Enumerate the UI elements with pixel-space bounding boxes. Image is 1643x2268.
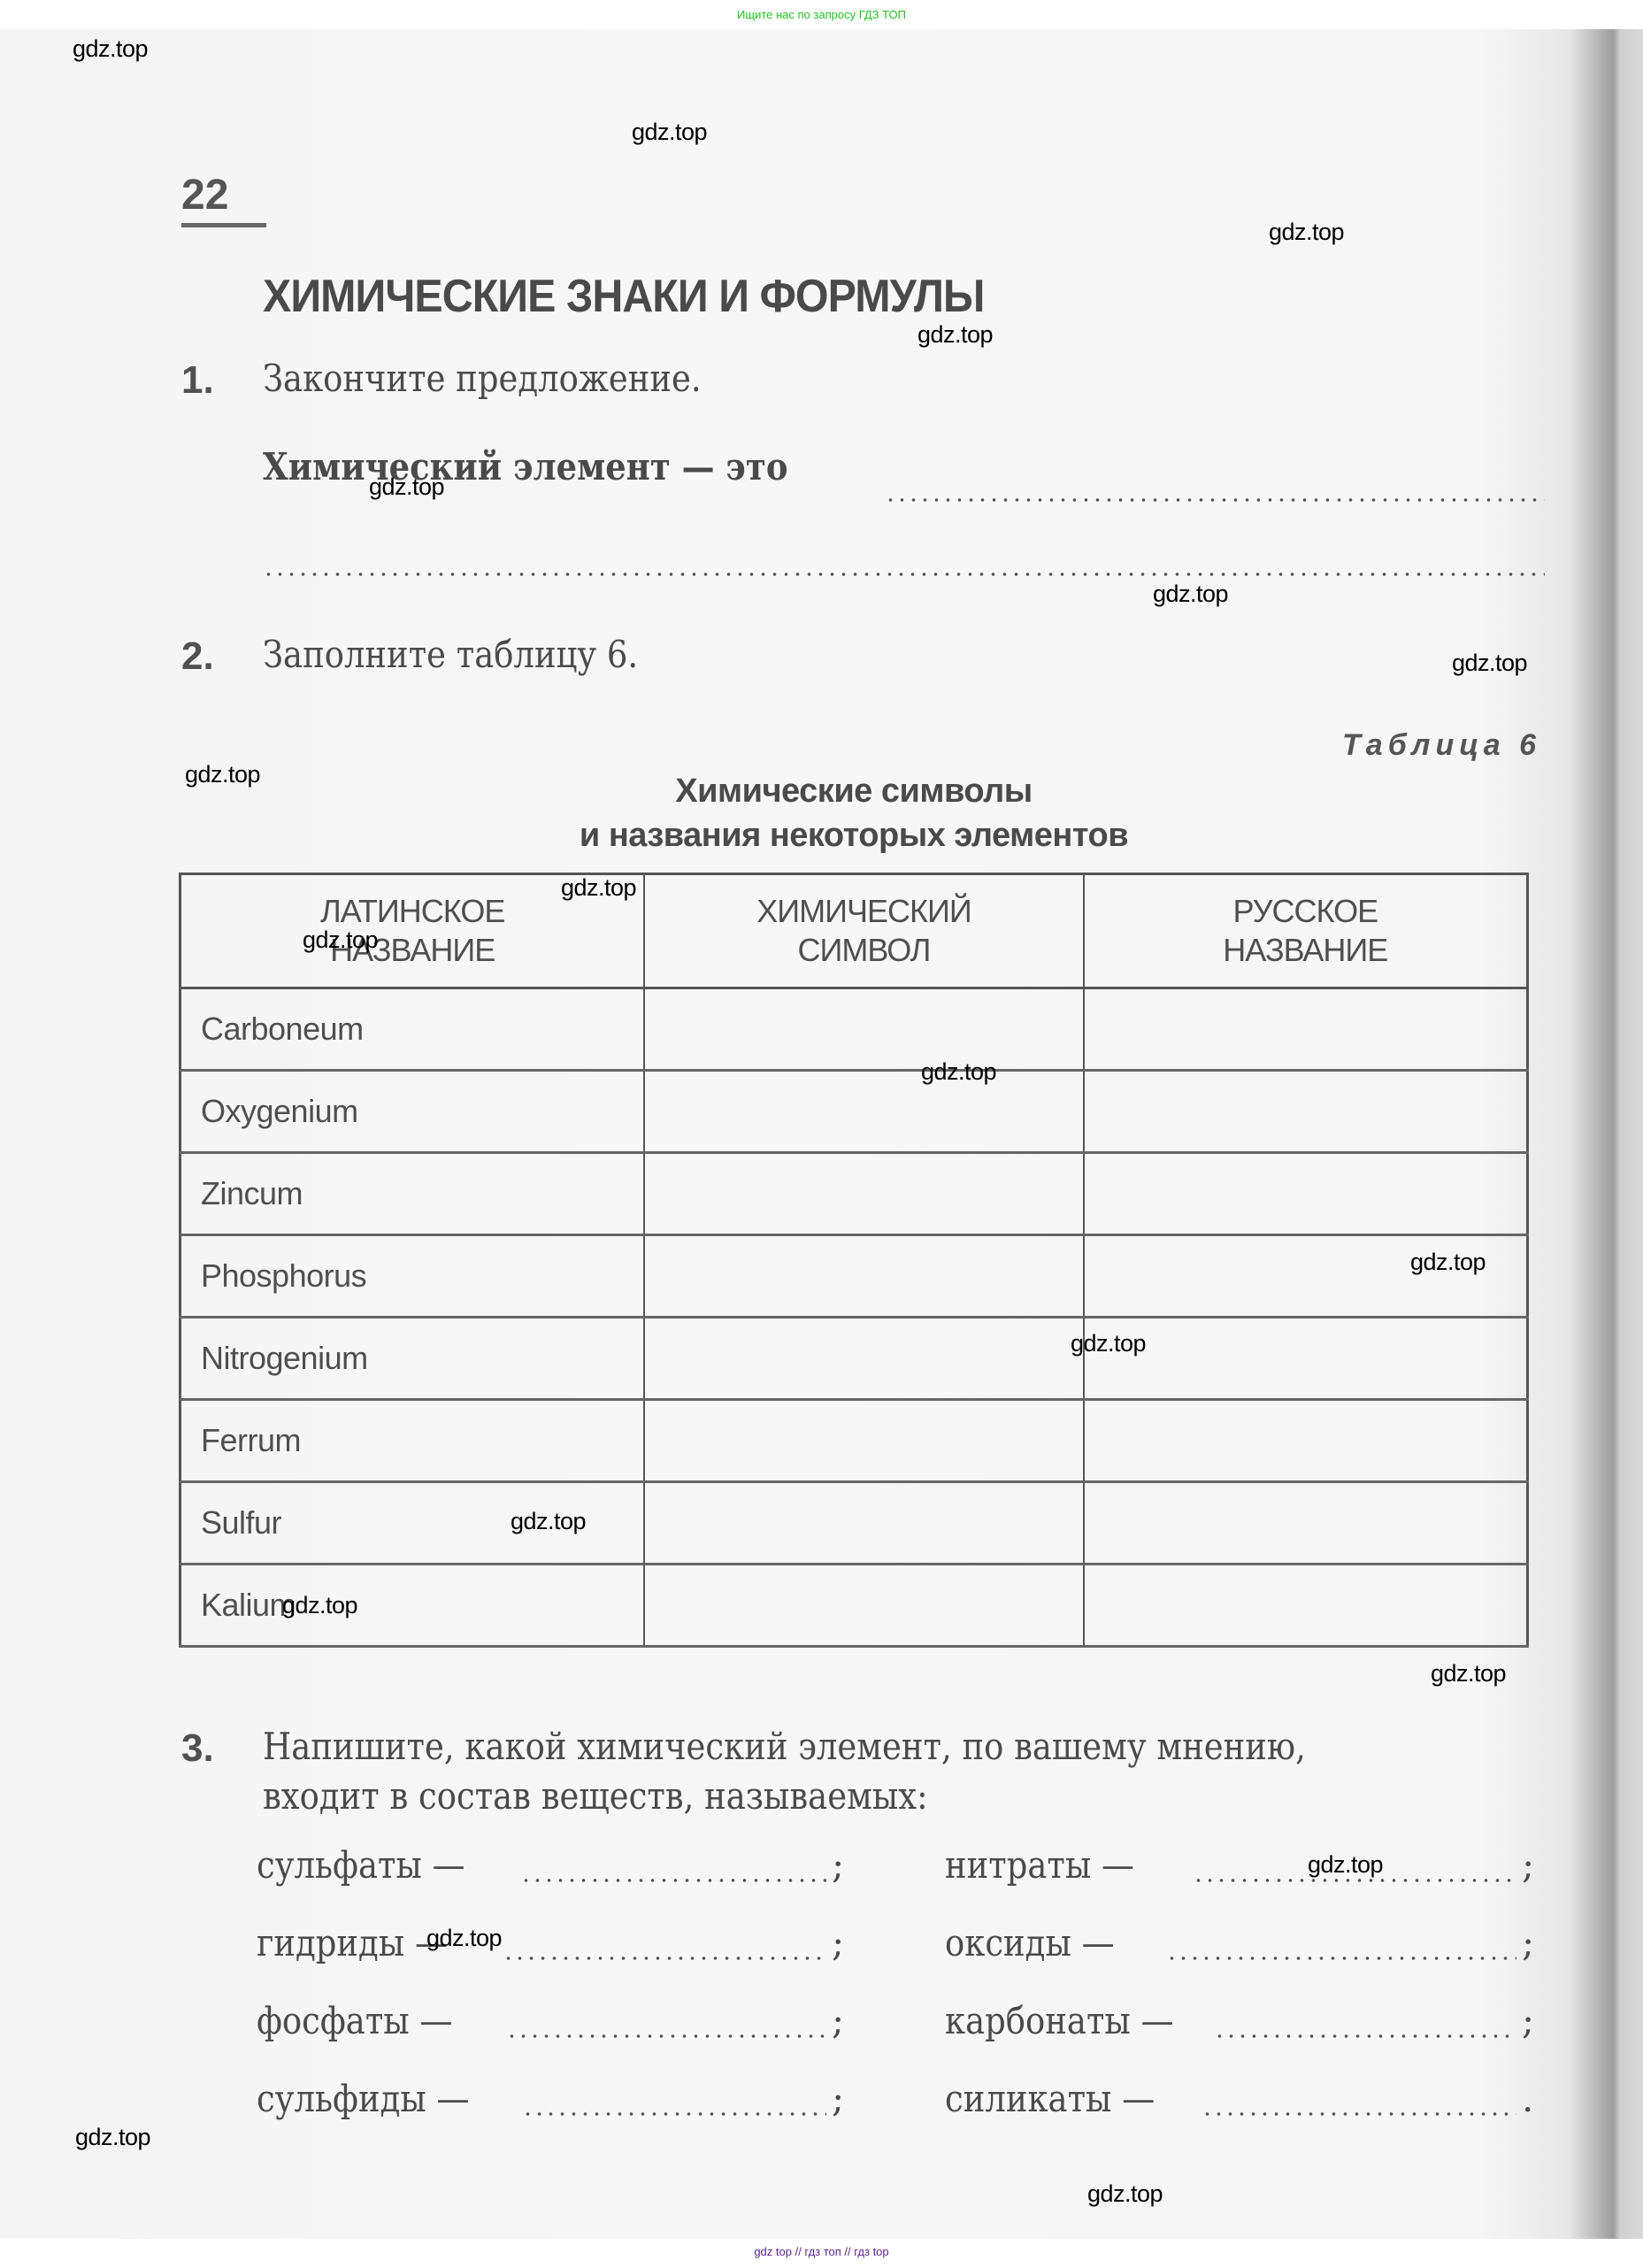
- russian-name-cell[interactable]: [1084, 1235, 1528, 1318]
- q3-item-punctuation: ;: [832, 2077, 844, 2120]
- latin-name-cell: Kalium: [180, 1565, 645, 1647]
- watermark-text: gdz.top: [426, 1925, 502, 1952]
- watermark-text: gdz.top: [73, 35, 148, 63]
- q2-prompt: Заполните таблицу 6.: [263, 633, 638, 676]
- top-banner-text: Ищите нас по запросу ГДЗ ТОП: [737, 8, 906, 21]
- q3-number: 3.: [181, 1726, 214, 1771]
- watermark-text: gdz.top: [1452, 650, 1527, 677]
- watermark-text: gdz.top: [921, 1058, 996, 1086]
- elements-table: ЛАТИНСКОЕНАЗВАНИЕ ХИМИЧЕСКИЙСИМВОЛ РУССК…: [179, 873, 1529, 1648]
- q3-item-label: сульфаты —: [257, 1843, 494, 1887]
- chemical-symbol-cell[interactable]: [644, 1400, 1083, 1482]
- q3-answer-field[interactable]: [1202, 2112, 1516, 2116]
- russian-name-cell[interactable]: [1084, 1565, 1528, 1647]
- q3-item-label: сульфиды —: [257, 2077, 498, 2120]
- q3-item-punctuation: ;: [832, 1999, 844, 2042]
- q3-prompt-line-2: входит в состав веществ, называемых:: [263, 1774, 928, 1818]
- watermark-text: gdz.top: [303, 926, 378, 954]
- watermark-text: gdz.top: [1071, 1330, 1146, 1357]
- table-caption-line-1: Химические символы: [179, 773, 1529, 811]
- q1-answer-line-2[interactable]: [263, 573, 1545, 576]
- table-row: Phosphorus: [180, 1235, 1528, 1318]
- table-row: Nitrogenium: [180, 1318, 1528, 1400]
- q3-answer-field[interactable]: [503, 1957, 826, 1960]
- russian-name-cell[interactable]: [1084, 1318, 1528, 1400]
- q3-answer-field[interactable]: [522, 2112, 826, 2116]
- page-title: ХИМИЧЕСКИЕ ЗНАКИ И ФОРМУЛЫ: [263, 270, 984, 323]
- q1-sentence: Химический элемент — это: [263, 445, 787, 488]
- q3-answer-field[interactable]: [1214, 2034, 1516, 2038]
- q3-answer-field[interactable]: [1193, 1879, 1516, 1882]
- russian-name-cell[interactable]: [1084, 1071, 1528, 1153]
- q3-item-punctuation: ;: [1522, 1999, 1534, 2042]
- watermark-text: gdz.top: [1410, 1249, 1486, 1276]
- q3-item-label: нитраты —: [945, 1843, 1160, 1887]
- watermark-text: gdz.top: [511, 1508, 586, 1535]
- q1-answer-line-1[interactable]: [885, 498, 1545, 502]
- russian-name-cell[interactable]: [1084, 1400, 1528, 1482]
- watermark-text: gdz.top: [632, 119, 707, 146]
- q3-item-punctuation: ;: [832, 1921, 844, 1964]
- q3-item-punctuation: .: [1522, 2077, 1533, 2120]
- table-row: Sulfur: [180, 1482, 1528, 1565]
- watermark-text: gdz.top: [561, 874, 636, 902]
- workbook-page: 22 ХИМИЧЕСКИЕ ЗНАКИ И ФОРМУЛЫ 1. Закончи…: [0, 29, 1643, 2239]
- page-number-underline: [181, 223, 266, 227]
- chemical-symbol-cell[interactable]: [644, 1482, 1083, 1565]
- q1-prompt: Закончите предложение.: [263, 357, 702, 400]
- watermark-text: gdz.top: [75, 2124, 150, 2151]
- table-row: Kalium: [180, 1565, 1528, 1647]
- latin-name-cell: Ferrum: [180, 1400, 645, 1482]
- latin-name-cell: Carboneum: [180, 988, 645, 1071]
- latin-name-cell: Oxygenium: [180, 1071, 645, 1153]
- russian-name-cell[interactable]: [1084, 1153, 1528, 1235]
- bottom-banner: gdz top // гдз топ // гдз top: [0, 2239, 1643, 2268]
- watermark-text: gdz.top: [1431, 1660, 1506, 1688]
- table-row: Ferrum: [180, 1400, 1528, 1482]
- header-russian-name: РУССКОЕНАЗВАНИЕ: [1084, 874, 1528, 988]
- table-row: Zincum: [180, 1153, 1528, 1235]
- q3-item-label: карбонаты —: [945, 1999, 1205, 2042]
- watermark-text: gdz.top: [185, 761, 260, 788]
- q3-item-label: фосфаты —: [257, 1999, 480, 2042]
- latin-name-cell: Phosphorus: [180, 1235, 645, 1318]
- latin-name-cell: Zincum: [180, 1153, 645, 1235]
- table-caption-line-2: и названия некоторых элементов: [179, 817, 1529, 855]
- q3-answer-field[interactable]: [506, 2034, 826, 2038]
- page-number: 22: [181, 171, 228, 219]
- table-label: Таблица 6: [1342, 728, 1541, 763]
- chemical-symbol-cell[interactable]: [644, 1071, 1083, 1153]
- chemical-symbol-cell[interactable]: [644, 1153, 1083, 1235]
- table-row: Oxygenium: [180, 1071, 1528, 1153]
- watermark-text: gdz.top: [369, 473, 444, 501]
- watermark-text: gdz.top: [282, 1592, 357, 1619]
- russian-name-cell[interactable]: [1084, 1482, 1528, 1565]
- russian-name-cell[interactable]: [1084, 988, 1528, 1071]
- table-row: Carboneum: [180, 988, 1528, 1071]
- watermark-text: gdz.top: [1269, 219, 1344, 246]
- q3-prompt-line-1: Напишите, какой химический элемент, по в…: [263, 1725, 1306, 1768]
- watermark-text: gdz.top: [1153, 580, 1228, 608]
- chemical-symbol-cell[interactable]: [644, 1565, 1083, 1647]
- q3-answer-field[interactable]: [520, 1879, 826, 1882]
- q3-item-label: силикаты —: [945, 2077, 1184, 2120]
- watermark-text: gdz.top: [1308, 1851, 1383, 1879]
- watermark-text: gdz.top: [1087, 2180, 1163, 2208]
- bottom-banner-text: gdz top // гдз топ // гдз top: [754, 2245, 888, 2258]
- latin-name-cell: Nitrogenium: [180, 1318, 645, 1400]
- top-banner: Ищите нас по запросу ГДЗ ТОП: [0, 0, 1643, 29]
- q3-item-label: оксиды —: [945, 1921, 1138, 1964]
- table-header-row: ЛАТИНСКОЕНАЗВАНИЕ ХИМИЧЕСКИЙСИМВОЛ РУССК…: [180, 874, 1528, 988]
- chemical-symbol-cell[interactable]: [644, 1318, 1083, 1400]
- chemical-symbol-cell[interactable]: [644, 988, 1083, 1071]
- q2-number: 2.: [181, 634, 214, 679]
- q3-item-punctuation: ;: [1522, 1843, 1534, 1887]
- q3-answer-field[interactable]: [1166, 1957, 1516, 1960]
- header-chemical-symbol: ХИМИЧЕСКИЙСИМВОЛ: [644, 874, 1083, 988]
- q3-item-punctuation: ;: [1522, 1921, 1534, 1964]
- watermark-text: gdz.top: [917, 321, 993, 349]
- q1-number: 1.: [181, 358, 214, 403]
- q3-item-punctuation: ;: [832, 1843, 844, 1887]
- chemical-symbol-cell[interactable]: [644, 1235, 1083, 1318]
